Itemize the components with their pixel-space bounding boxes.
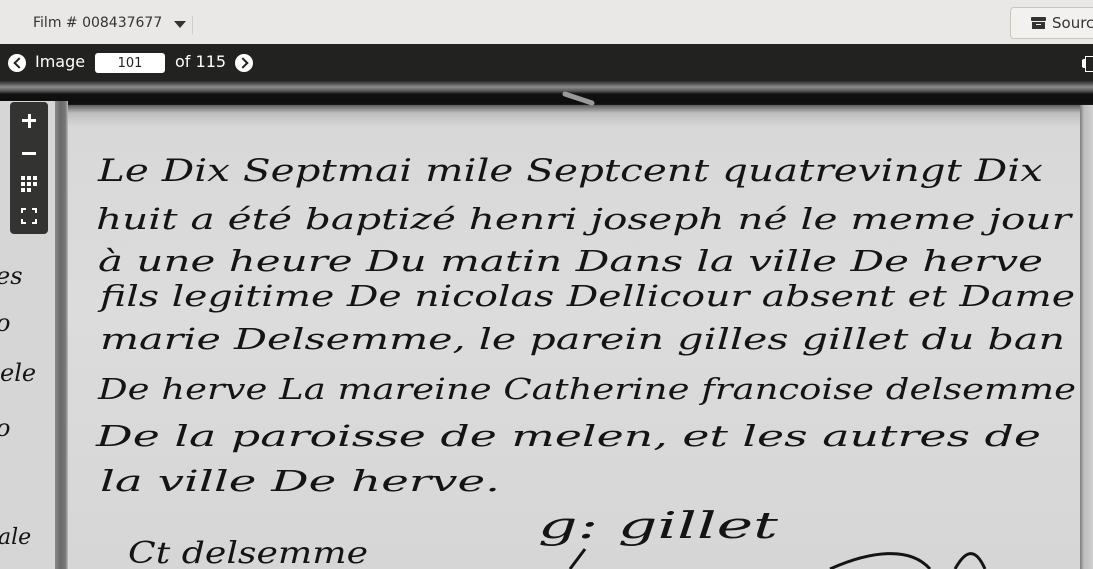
record-line: huit a été baptizé henri joseph né le me… xyxy=(96,202,1074,236)
handwritten-record: es o ele o ale Le Dix Septmai mile Septc… xyxy=(0,81,1093,569)
previous-image-icon[interactable] xyxy=(8,54,26,72)
total-images-label: of 115 xyxy=(175,52,226,71)
record-line: De la paroisse de melen, et les autres d… xyxy=(94,419,1041,453)
source-button[interactable]: Sourc xyxy=(1010,7,1093,39)
image-number-input[interactable] xyxy=(95,53,165,73)
image-viewer[interactable]: es o ele o ale Le Dix Septmai mile Septc… xyxy=(0,81,1093,569)
divider xyxy=(192,16,193,34)
record-line: marie Delsemme, le parein gilles gillet … xyxy=(100,322,1065,356)
record-line: fils legitime De nicolas Dellicour absen… xyxy=(97,279,1075,313)
zoom-in-button[interactable] xyxy=(10,106,48,136)
left-fragment: es xyxy=(0,262,23,290)
image-label: Image xyxy=(35,52,85,71)
record-line: à une heure Du matin Dans la ville De he… xyxy=(98,244,1043,278)
signature: g: gillet xyxy=(538,506,779,547)
left-fragment: o xyxy=(0,414,10,442)
zoom-controls xyxy=(10,102,48,234)
print-icon[interactable] xyxy=(1082,56,1093,70)
zoom-out-button[interactable] xyxy=(10,138,48,168)
left-fragment: o xyxy=(0,309,10,337)
signature: Ct delsemme xyxy=(128,536,368,569)
left-fragment: ale xyxy=(0,525,31,550)
image-navigation-bar: Image of 115 xyxy=(0,44,1093,81)
film-number-dropdown[interactable]: Film # 008437677 xyxy=(33,15,186,31)
grid-icon xyxy=(21,176,37,192)
archive-box-icon xyxy=(1031,17,1046,29)
left-fragment: ele xyxy=(0,359,36,387)
film-number-label: Film # 008437677 xyxy=(33,15,162,31)
top-bar: Film # 008437677 Sourc xyxy=(0,0,1093,44)
thumbnail-grid-button[interactable] xyxy=(10,168,48,198)
source-button-label: Sourc xyxy=(1052,14,1093,32)
fullscreen-button[interactable] xyxy=(10,200,48,230)
next-image-icon[interactable] xyxy=(235,54,253,72)
fullscreen-icon xyxy=(21,208,37,224)
record-line: De herve La mareine Catherine francoise … xyxy=(97,372,1076,406)
record-line: Le Dix Septmai mile Septcent quatrevingt… xyxy=(97,153,1044,189)
chevron-down-icon xyxy=(174,21,186,28)
record-line: la ville De herve. xyxy=(100,464,500,498)
